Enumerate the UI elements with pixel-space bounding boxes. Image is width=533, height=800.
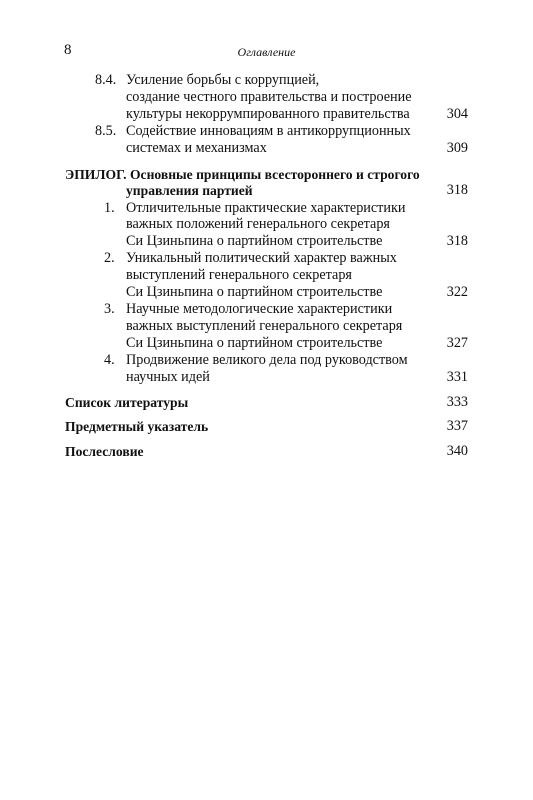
entry-text: важных выступлений генерального секретар…	[126, 318, 402, 335]
entry-page: 333	[447, 394, 468, 411]
entry-text: научных идей	[126, 369, 210, 386]
entry-page: 327	[447, 335, 468, 352]
entry-text: управления партией	[126, 182, 253, 199]
entry-text: Усиление борьбы с коррупцией,	[126, 72, 319, 89]
entry-text: Уникальный политический характер важных	[126, 250, 397, 267]
entry-text: ЭПИЛОГ. Основные принципы всестороннего …	[65, 166, 420, 183]
entry-number: 3.	[104, 301, 115, 318]
entry-text: Си Цзиньпина о партийном строительстве	[126, 284, 382, 301]
entry-text: создание честного правительства и постро…	[126, 89, 412, 106]
entry-number: 8.4.	[95, 72, 116, 89]
entry-number: 1.	[104, 200, 115, 217]
entry-page: 331	[447, 369, 468, 386]
entry-page: 337	[447, 418, 468, 435]
entry-text: Предметный указатель	[65, 418, 208, 435]
entry-text: культуры некоррумпированного правительст…	[126, 106, 410, 123]
entry-text: системах и механизмах	[126, 140, 267, 157]
running-header: Оглавление	[0, 45, 533, 60]
entry-page: 304	[447, 106, 468, 123]
entry-text: Научные методологические характеристики	[126, 301, 392, 318]
entry-page: 309	[447, 140, 468, 157]
entry-page: 318	[447, 182, 468, 199]
entry-text: Отличительные практические характеристик…	[126, 200, 405, 217]
entry-text: Список литературы	[65, 394, 188, 411]
entry-page: 322	[447, 284, 468, 301]
entry-text: Си Цзиньпина о партийном строительстве	[126, 335, 382, 352]
entry-text: Содействие инновациям в антикоррупционны…	[126, 123, 411, 140]
entry-text: Послесловие	[65, 443, 144, 460]
entry-number: 4.	[104, 352, 115, 369]
entry-page: 340	[447, 443, 468, 460]
entry-number: 8.5.	[95, 123, 116, 140]
entry-number: 2.	[104, 250, 115, 267]
entry-text: важных положений генерального секретаря	[126, 216, 390, 233]
entry-text: Си Цзиньпина о партийном строительстве	[126, 233, 382, 250]
entry-text: выступлений генерального секретаря	[126, 267, 352, 284]
entry-page: 318	[447, 233, 468, 250]
entry-text: Продвижение великого дела под руководств…	[126, 352, 408, 369]
